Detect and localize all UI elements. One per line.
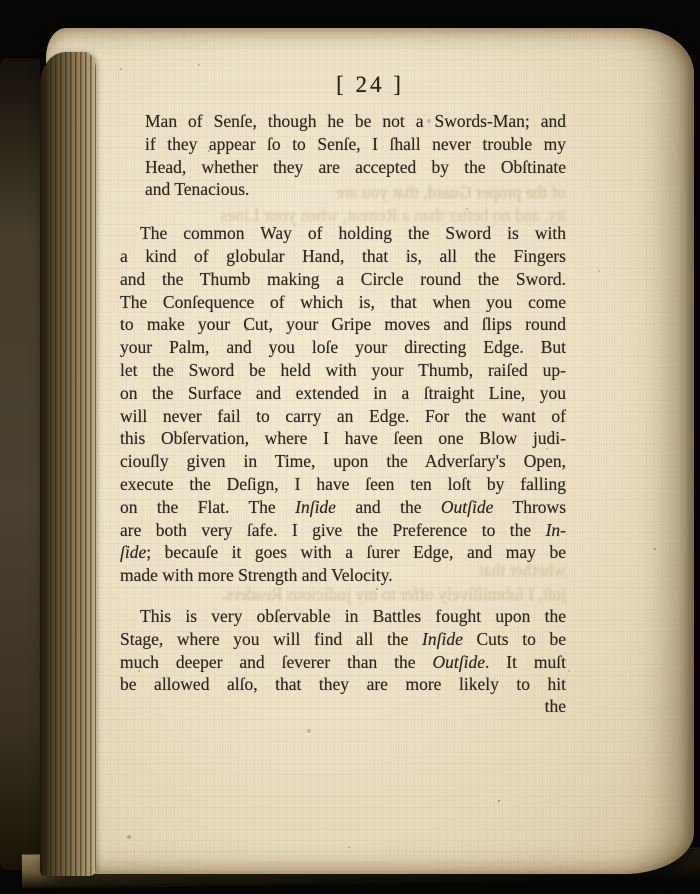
text-segment: Head, whether they are accepted by the O… [145,157,566,177]
text-segment: let the Sword be held with your Thumb, r… [120,360,566,380]
text-segment: Throws [493,497,566,517]
book-page: of the proper Guard, that you areity, an… [46,28,694,874]
text-block: Man of Senſe, though he be not a Swords-… [120,110,566,696]
text-line: a kind of globular Hand, that is, all th… [120,245,566,268]
text-segment: a kind of globular Hand, that is, all th… [120,246,566,266]
book-scan: of the proper Guard, that you areity, an… [0,0,700,894]
italic-text-segment: Inſide [422,629,463,649]
text-line: are both very ſafe. I give the Preferenc… [120,519,566,542]
text-line: ſide; becauſe it goes with a ſurer Edge,… [120,541,566,564]
text-line: on the Surface and extended in a ſtraigh… [120,382,566,405]
italic-text-segment: ſide [120,542,146,562]
text-segment: Cuts to be [463,629,566,649]
text-segment: . It muſt [485,652,566,672]
text-line: on the Flat. The Inſide and the Outſide … [120,496,566,519]
text-line: Stage, where you will find all the Inſid… [120,628,566,651]
text-line: made with more Strength and Velocity. [120,564,566,587]
book-cover-edge [0,58,40,870]
italic-text-segment: Outſide [432,652,485,672]
paragraph: This is very obſervable in Battles fough… [120,605,566,696]
text-line: execute the Deſign, I have ſeen ten loſt… [120,473,566,496]
text-line: and the Thumb making a Circle round the … [120,268,566,291]
text-segment: The Conſequence of which is, that when y… [120,292,566,312]
text-line: will never fail to carry an Edge. For th… [120,405,566,428]
text-segment: ciouſly given in Time, upon the Adverſar… [120,451,566,471]
catchword: the [120,696,566,717]
text-segment: will never fail to carry an Edge. For th… [120,406,566,426]
text-line: your Palm, and you loſe your directing E… [120,336,566,359]
italic-text-segment: Inſide [295,497,336,517]
text-segment: Man of Senſe, though he be not a Swords-… [145,111,566,131]
text-line: The common Way of holding the Sword is w… [120,222,566,245]
italic-text-segment: Outſide [441,497,494,517]
text-segment: much deeper and ſeverer than the [120,652,432,672]
text-line: and Tenacious. [145,178,566,201]
text-line: be allowed alſo, that they are more like… [120,673,566,696]
text-segment: made with more Strength and Velocity. [120,565,393,585]
text-line: if they appear ſo to Senſe, I ſhall neve… [145,133,566,156]
text-segment: and Tenacious. [145,179,249,199]
text-segment: this Obſervation, where I have ſeen one … [120,428,566,448]
text-line: The Conſequence of which is, that when y… [120,291,566,314]
text-segment: The common Way of holding the Sword is w… [140,223,566,243]
text-segment: if they appear ſo to Senſe, I ſhall neve… [145,134,566,154]
text-segment: on the Flat. The [120,497,295,517]
text-segment: ; becauſe it goes with a ſurer Edge, and… [146,542,566,562]
paragraph: The common Way of holding the Sword is w… [120,222,566,587]
text-line: to make your Cut, your Gripe moves and ſ… [120,313,566,336]
text-line: Man of Senſe, though he be not a Swords-… [145,110,566,133]
text-segment: and the Thumb making a Circle round the … [120,269,566,289]
text-segment: and the [336,497,441,517]
text-segment: your Palm, and you loſe your directing E… [120,337,566,357]
folio-number: [ 24 ] [46,72,694,98]
text-line: This is very obſervable in Battles fough… [120,605,566,628]
text-line: much deeper and ſeverer than the Outſide… [120,651,566,674]
text-segment: on the Surface and extended in a ſtraigh… [120,383,566,403]
text-segment: to make your Cut, your Gripe moves and ſ… [120,314,566,334]
page-edge-stack [40,52,96,876]
text-segment: Stage, where you will find all the [120,629,422,649]
text-segment: be allowed alſo, that they are more like… [120,674,566,694]
text-segment: This is very obſervable in Battles fough… [140,606,566,626]
text-line: Head, whether they are accepted by the O… [145,156,566,179]
text-line: ciouſly given in Time, upon the Adverſar… [120,450,566,473]
text-line: this Obſervation, where I have ſeen one … [120,427,566,450]
text-segment: are both very ſafe. I give the Preferenc… [120,520,546,540]
text-line: let the Sword be held with your Thumb, r… [120,359,566,382]
paragraph: Man of Senſe, though he be not a Swords-… [120,110,566,201]
text-segment: execute the Deſign, I have ſeen ten loſt… [120,474,566,494]
italic-text-segment: In- [546,520,566,540]
